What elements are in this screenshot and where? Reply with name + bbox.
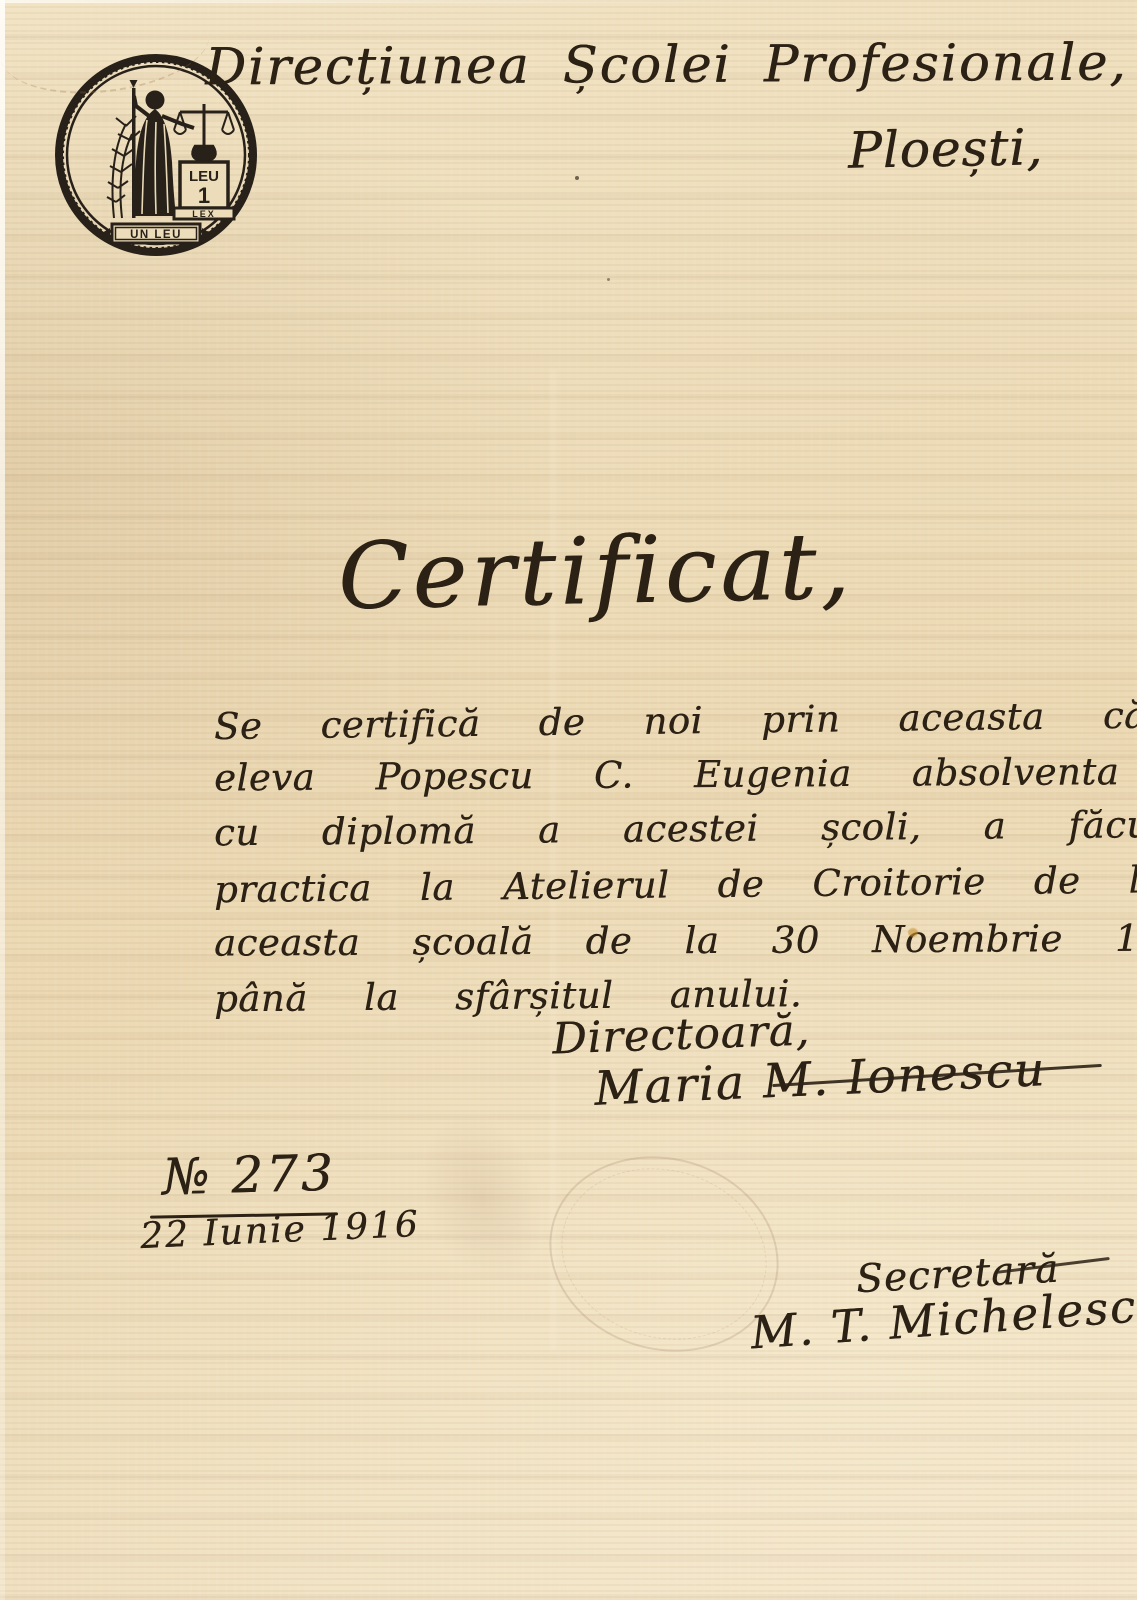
certificate-body: Se certifică de noi prin aceasta că elev… — [214, 694, 1137, 1022]
scan-edge-left — [0, 0, 5, 1600]
faint-stamp-impression — [369, 1059, 595, 1337]
seal-lex-label: LEX — [192, 209, 216, 219]
ink-stain-spot — [908, 928, 918, 937]
body-line-4: practica la Atelierul de Croitorie de la — [214, 853, 1137, 919]
seal-value-label: 1 — [198, 183, 210, 208]
scales-of-justice-icon — [174, 104, 234, 162]
body-line-5: aceasta școală de la 30 Noembrie 1915 — [214, 911, 1137, 970]
urn-icon — [192, 146, 215, 162]
registry-number: № 273 — [161, 1144, 336, 1207]
certificate-document: LEU 1 LEX UN LEU Direcțiunea Școlei Prof… — [0, 0, 1137, 1600]
registry-date: 22 Iunie 1916 — [139, 1204, 420, 1257]
seal-banner-label: UN LEU — [130, 229, 182, 241]
pedestal-leu-1: LEU 1 LEX — [174, 162, 234, 219]
staff-icon — [132, 88, 136, 218]
ink-speck — [607, 278, 610, 281]
body-line-2: eleva Popescu C. Eugenia absolventa — [214, 745, 1137, 806]
letterhead-office: Direcțiunea Școlei Profesionale, — [205, 34, 1128, 98]
letterhead-city: Ploești, — [848, 118, 1044, 179]
body-line-3: cu diplomă a acestei școli, a făcut — [214, 798, 1137, 863]
document-title: Certificat, — [337, 513, 854, 631]
un-leu-banner: UN LEU — [102, 224, 210, 243]
ink-speck — [575, 176, 579, 180]
body-line-1: Se certifică de noi prin aceasta că — [214, 688, 1137, 754]
